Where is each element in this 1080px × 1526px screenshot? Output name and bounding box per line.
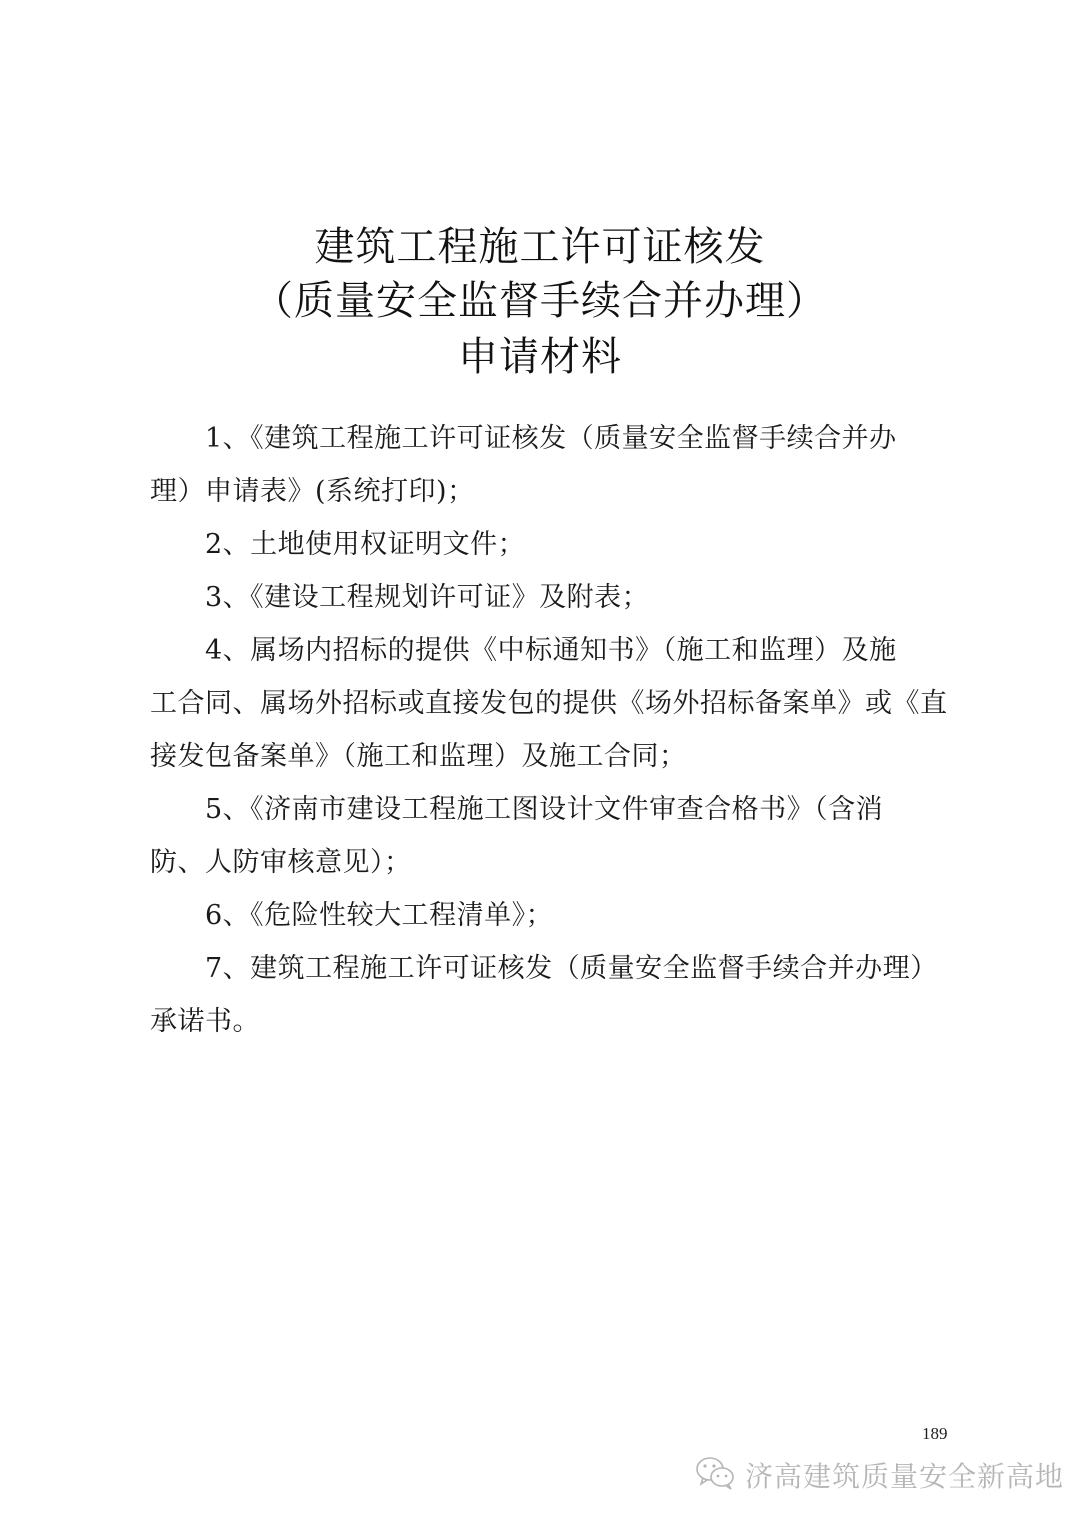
document-title-line-2: （质量安全监督手续合并办理）: [0, 274, 1080, 328]
list-item-line: 4、属场内招标的提供《中标通知书》（施工和监理）及施: [205, 634, 1005, 668]
watermark: 济高建筑质量安全新高地: [695, 1455, 1064, 1495]
list-item-line: 防、人防审核意见）；: [150, 846, 950, 880]
list-item-line: 工合同、属场外招标或直接发包的提供《场外招标备案单》或《直: [150, 687, 950, 721]
list-item-line: 6、《危险性较大工程清单》；: [205, 899, 1005, 933]
document-title-line-3: 申请材料: [0, 330, 1080, 384]
list-item-line: 1、《建筑工程施工许可证核发（质量安全监督手续合并办: [205, 422, 1005, 456]
list-item-line: 承诺书。: [150, 1005, 950, 1039]
list-item-line: 7、建筑工程施工许可证核发（质量安全监督手续合并办理）: [205, 952, 1005, 986]
list-item-line: 3、《建设工程规划许可证》及附表；: [205, 581, 1005, 615]
list-item-line: 5、《济南市建设工程施工图设计文件审查合格书》（含消: [205, 793, 1005, 827]
list-item-line: 接发包备案单》（施工和监理）及施工合同；: [150, 740, 950, 774]
document-title-line-1: 建筑工程施工许可证核发: [0, 220, 1080, 274]
wechat-icon: [695, 1455, 737, 1495]
list-item-line: 2、土地使用权证明文件；: [205, 528, 1005, 562]
watermark-text: 济高建筑质量安全新高地: [745, 1455, 1064, 1495]
page-number: 189: [922, 1424, 948, 1444]
list-item-line: 理）申请表》(系统打印)；: [150, 475, 950, 509]
